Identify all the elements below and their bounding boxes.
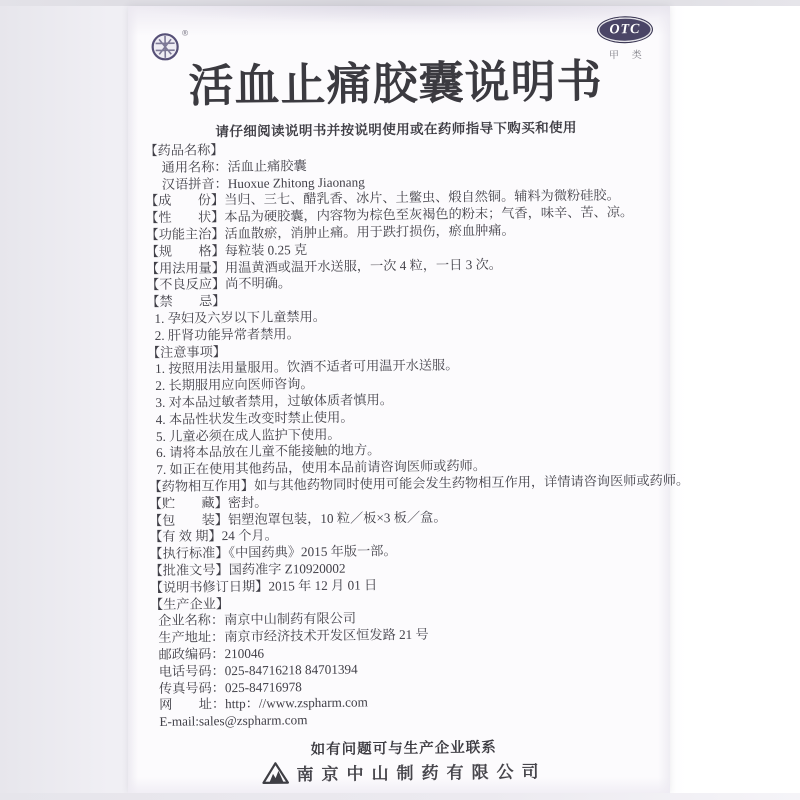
leaflet-body: 【药品名称】 通用名称：活血止痛胶囊 汉语拼音：Huoxue Zhitong J… <box>144 137 663 731</box>
registered-trademark-mark: ® <box>182 29 188 38</box>
leaflet-content: ® OTC 甲 类 活血止痛胶囊说明书 请仔细阅读说明书并按说明使用或在药师指导… <box>124 3 676 797</box>
photo-background: ® OTC 甲 类 活血止痛胶囊说明书 请仔细阅读说明书并按说明使用或在药师指导… <box>0 0 800 800</box>
mountain-triangle-logo-icon <box>261 761 288 784</box>
leaflet-paper: ® OTC 甲 类 活血止痛胶囊说明书 请仔细阅读说明书并按说明使用或在药师指导… <box>128 6 670 793</box>
round-seal-icon <box>150 31 181 62</box>
otc-label: OTC <box>597 16 653 44</box>
company-name: 南京中山制药有限公司 <box>296 757 546 785</box>
company-footer: 南京中山制药有限公司 <box>133 756 675 788</box>
leaflet-title: 活血止痛胶囊说明书 <box>124 55 667 114</box>
